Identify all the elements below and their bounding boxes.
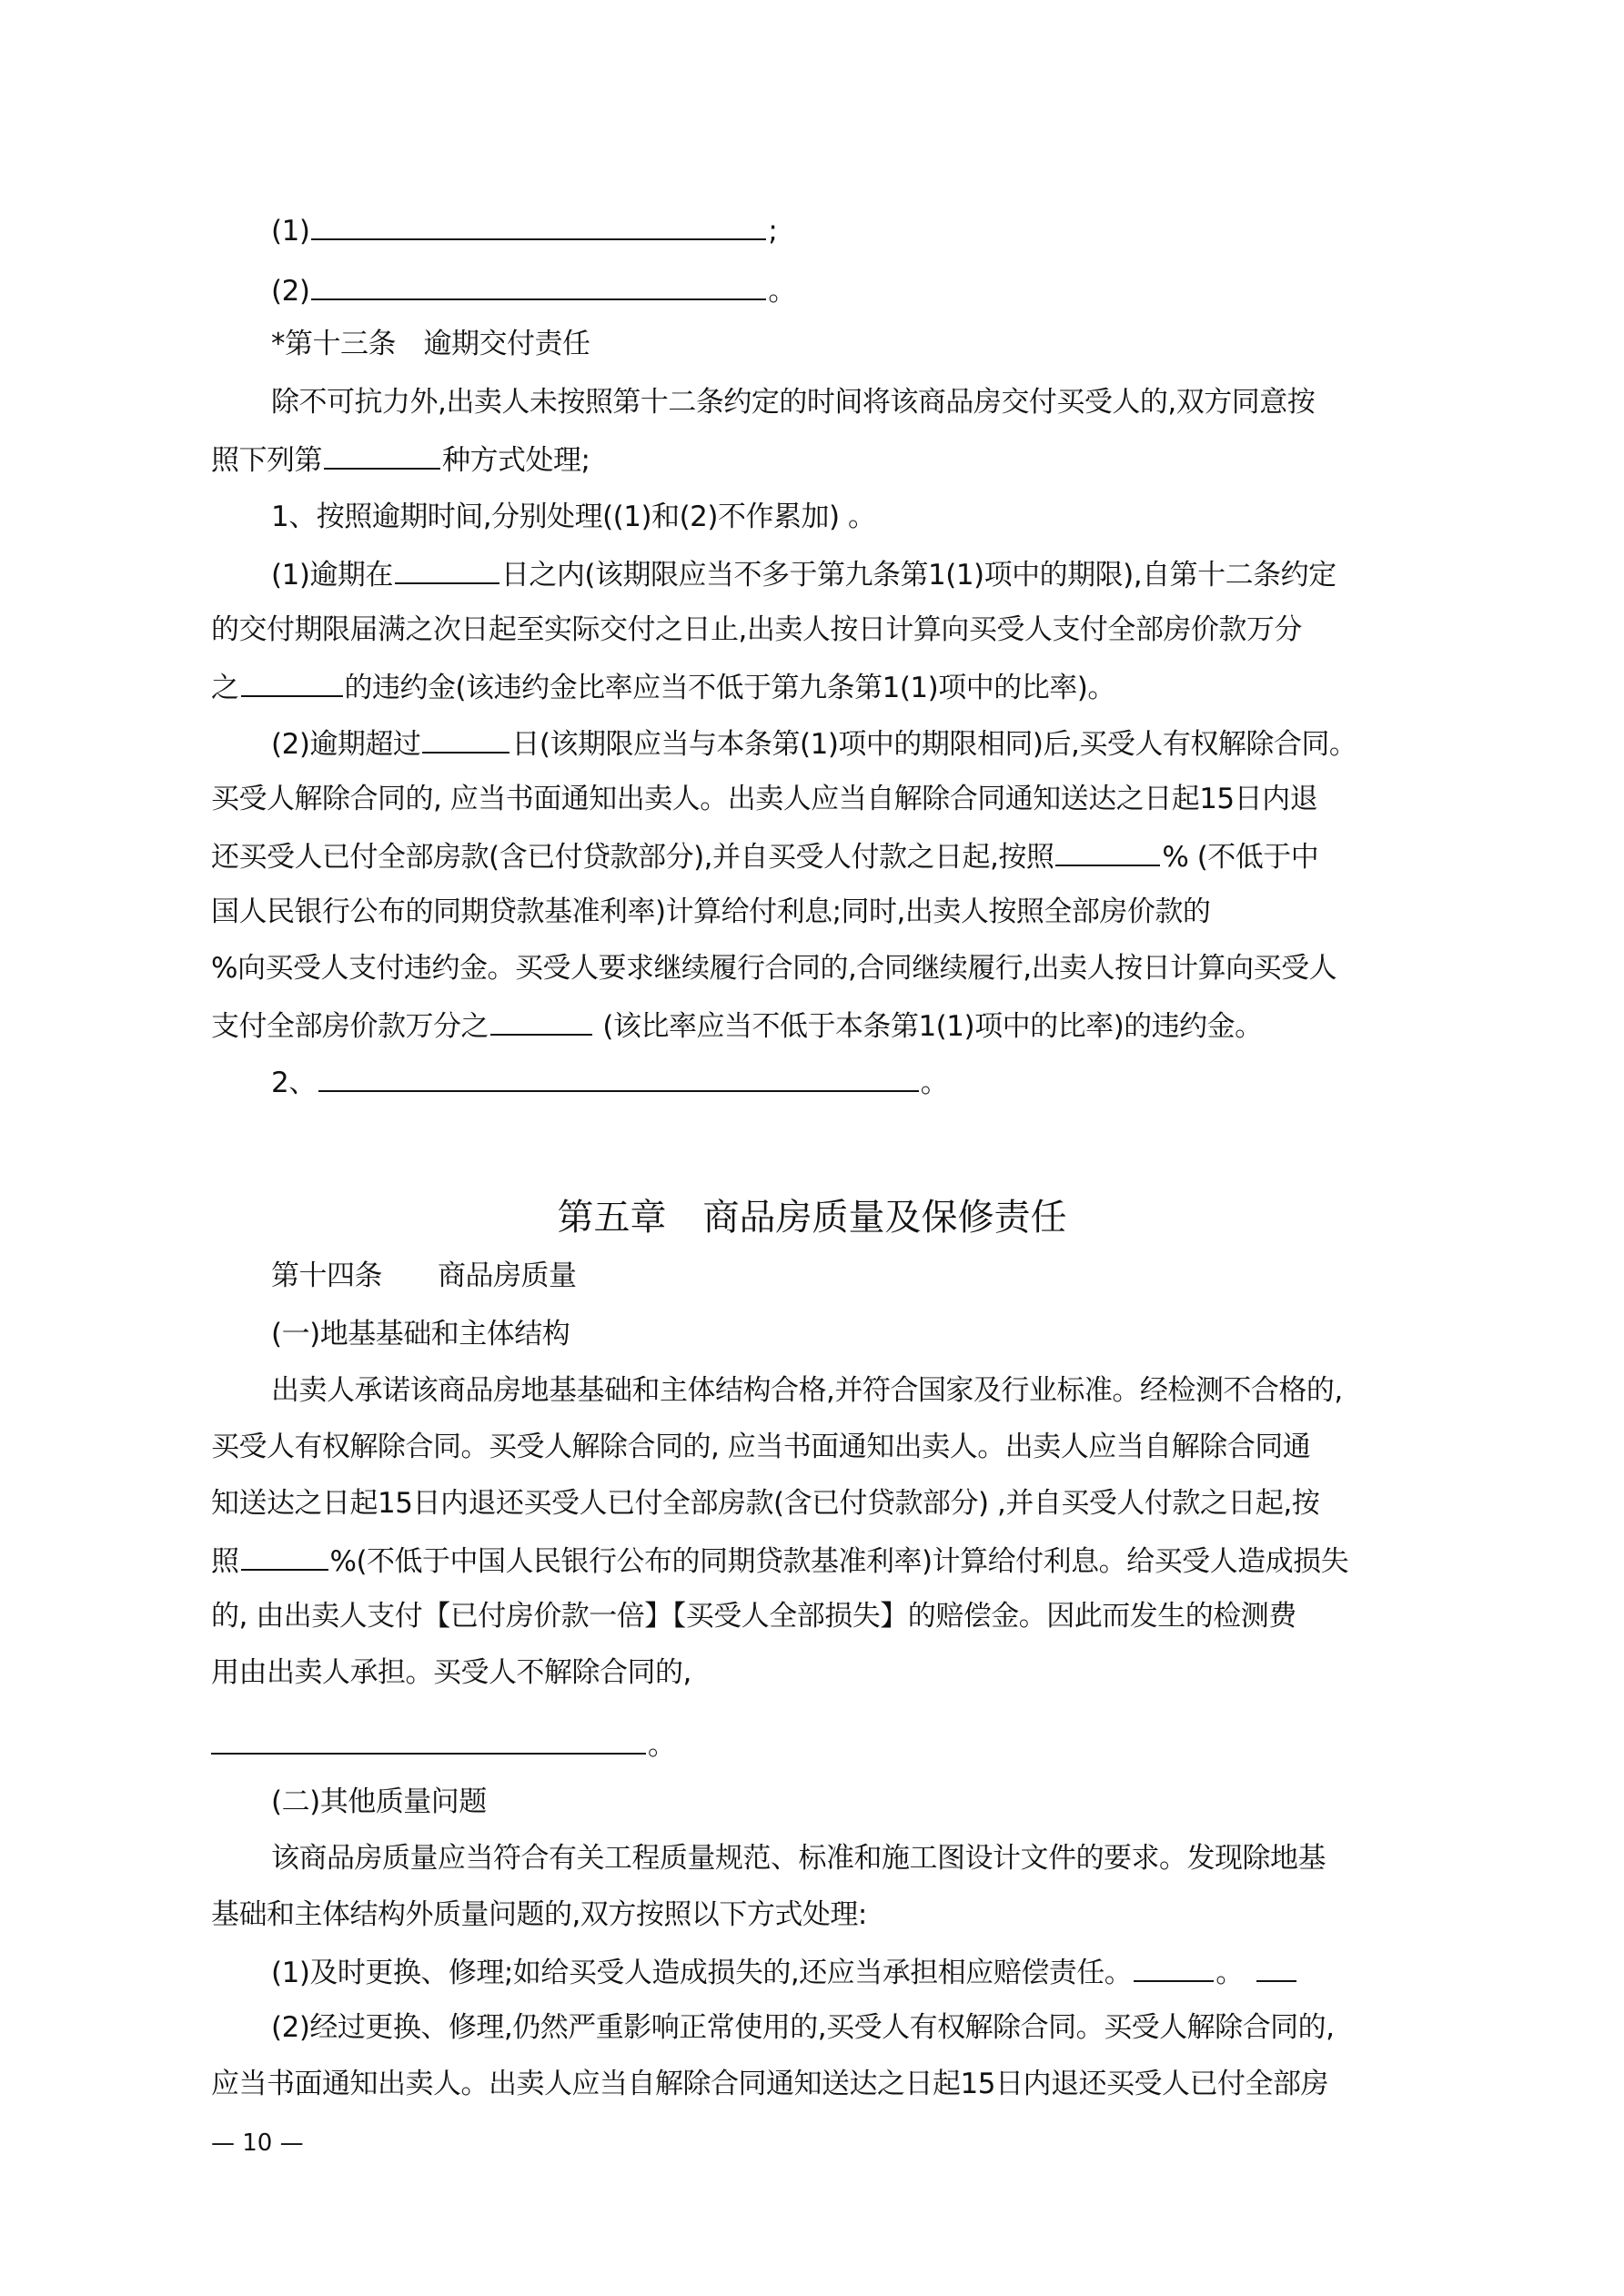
paragraph-line: 支付全部房价款万分之 (该比率应当不低于本条第1(1)项中的比率)的违约金。 (211, 1006, 1421, 1045)
fill-blank[interactable] (211, 1725, 646, 1755)
paragraph-line: 除不可抗力外,出卖人未按照第十二条约定的时间将该商品房交付买受人的,双方同意按 (271, 384, 1481, 420)
article-14-title: 第十四条 商品房质量 (271, 1258, 1481, 1294)
paragraph-line: 照下列第种方式处理; (211, 440, 1421, 479)
paragraph-line: (2)逾期超过日(该期限应当与本条第(1)项中的期限相同)后,买受人有权解除合同… (271, 724, 1481, 763)
paragraph-line: (1)逾期在日之内(该期限应当不多于第九条第1(1)项中的期限),自第十二条约定 (271, 555, 1481, 593)
paragraph-line: 出卖人承诺该商品房地基基础和主体结构合格,并符合国家及行业标准。经检测不合格的, (271, 1372, 1481, 1409)
fill-blank[interactable] (395, 555, 499, 584)
fill-blank[interactable] (1055, 837, 1160, 866)
paragraph-line: 国人民银行公布的同期贷款基准利率)计算给付利息;同时,出卖人按照全部房价款的 (211, 894, 1421, 930)
paragraph-line: 之的违约金(该违约金比率应当不低于第九条第1(1)项中的比率)。 (211, 668, 1421, 706)
paragraph-line: (1)及时更换、修理;如给买受人造成损失的,还应当承担相应赔偿责任。。 (271, 1953, 1481, 1991)
section-2-title: (二)其他质量问题 (271, 1784, 1481, 1820)
fill-blank[interactable] (318, 1063, 919, 1092)
paragraph-line: 买受人解除合同的, 应当书面通知出卖人。出卖人应当自解除合同通知送达之日起15日… (211, 781, 1421, 817)
fill-blank[interactable] (422, 724, 509, 754)
blank-item-2: (2)。 (271, 271, 1481, 309)
section-1-title: (一)地基基础和主体结构 (271, 1316, 1481, 1352)
paragraph-line: 应当书面通知出卖人。出卖人应当自解除合同通知送达之日起15日内退还买受人已付全部… (211, 2066, 1421, 2102)
paragraph-line: %向买受人支付违约金。买受人要求继续履行合同的,合同继续履行,出卖人按日计算向买… (211, 950, 1421, 986)
fill-blank[interactable] (1134, 1953, 1214, 1982)
fill-blank[interactable] (241, 668, 343, 697)
paragraph-line: 用由出卖人承担。买受人不解除合同的, (211, 1654, 1421, 1691)
paragraph-line: (2)经过更换、修理,仍然严重影响正常使用的,买受人有权解除合同。买受人解除合同… (271, 2009, 1481, 2046)
paragraph-line: 的交付期限届满之次日起至实际交付之日止,出卖人按日计算向买受人支付全部房价款万分 (211, 612, 1421, 648)
chapter-title: 第五章 商品房质量及保修责任 (0, 1195, 1624, 1240)
article-13-title: *第十三条 逾期交付责任 (271, 326, 1481, 362)
fill-blank[interactable] (241, 1542, 328, 1571)
item-2: 2、。 (271, 1063, 1481, 1101)
paragraph-line: 的, 由出卖人支付【已付房价款一倍】【买受人全部损失】的赔偿金。因此而发生的检测… (211, 1598, 1421, 1634)
fill-blank[interactable] (311, 271, 766, 300)
paragraph-line: 该商品房质量应当符合有关工程质量规范、标准和施工图设计文件的要求。发现除地基 (271, 1840, 1481, 1876)
page-number: — 10 — (211, 2128, 304, 2159)
blank-item-1: (1); (271, 211, 1481, 249)
paragraph-line: 基础和主体结构外质量问题的,双方按照以下方式处理: (211, 1896, 1421, 1933)
paragraph-line: 照%(不低于中国人民银行公布的同期贷款基准利率)计算给付利息。给买受人造成损失 (211, 1542, 1421, 1580)
paragraph-line: 还买受人已付全部房款(含已付贷款部分),并自买受人付款之日起,按照% (不低于中 (211, 837, 1421, 875)
fill-blank[interactable] (490, 1006, 592, 1036)
fill-blank[interactable] (1256, 1953, 1296, 1982)
paragraph-line: 知送达之日起15日内退还买受人已付全部房款(含已付贷款部分) ,并自买受人付款之… (211, 1485, 1421, 1522)
document-page: (1); (2)。 *第十三条 逾期交付责任 除不可抗力外,出卖人未按照第十二条… (0, 0, 1624, 2296)
paragraph-line: 买受人有权解除合同。买受人解除合同的, 应当书面通知出卖人。出卖人应当自解除合同… (211, 1429, 1421, 1465)
fill-blank[interactable] (324, 440, 440, 470)
item-1-heading: 1、按照逾期时间,分别处理((1)和(2)不作累加) 。 (271, 499, 1481, 535)
paragraph-line: 。 (211, 1725, 1421, 1764)
fill-blank[interactable] (311, 211, 766, 240)
